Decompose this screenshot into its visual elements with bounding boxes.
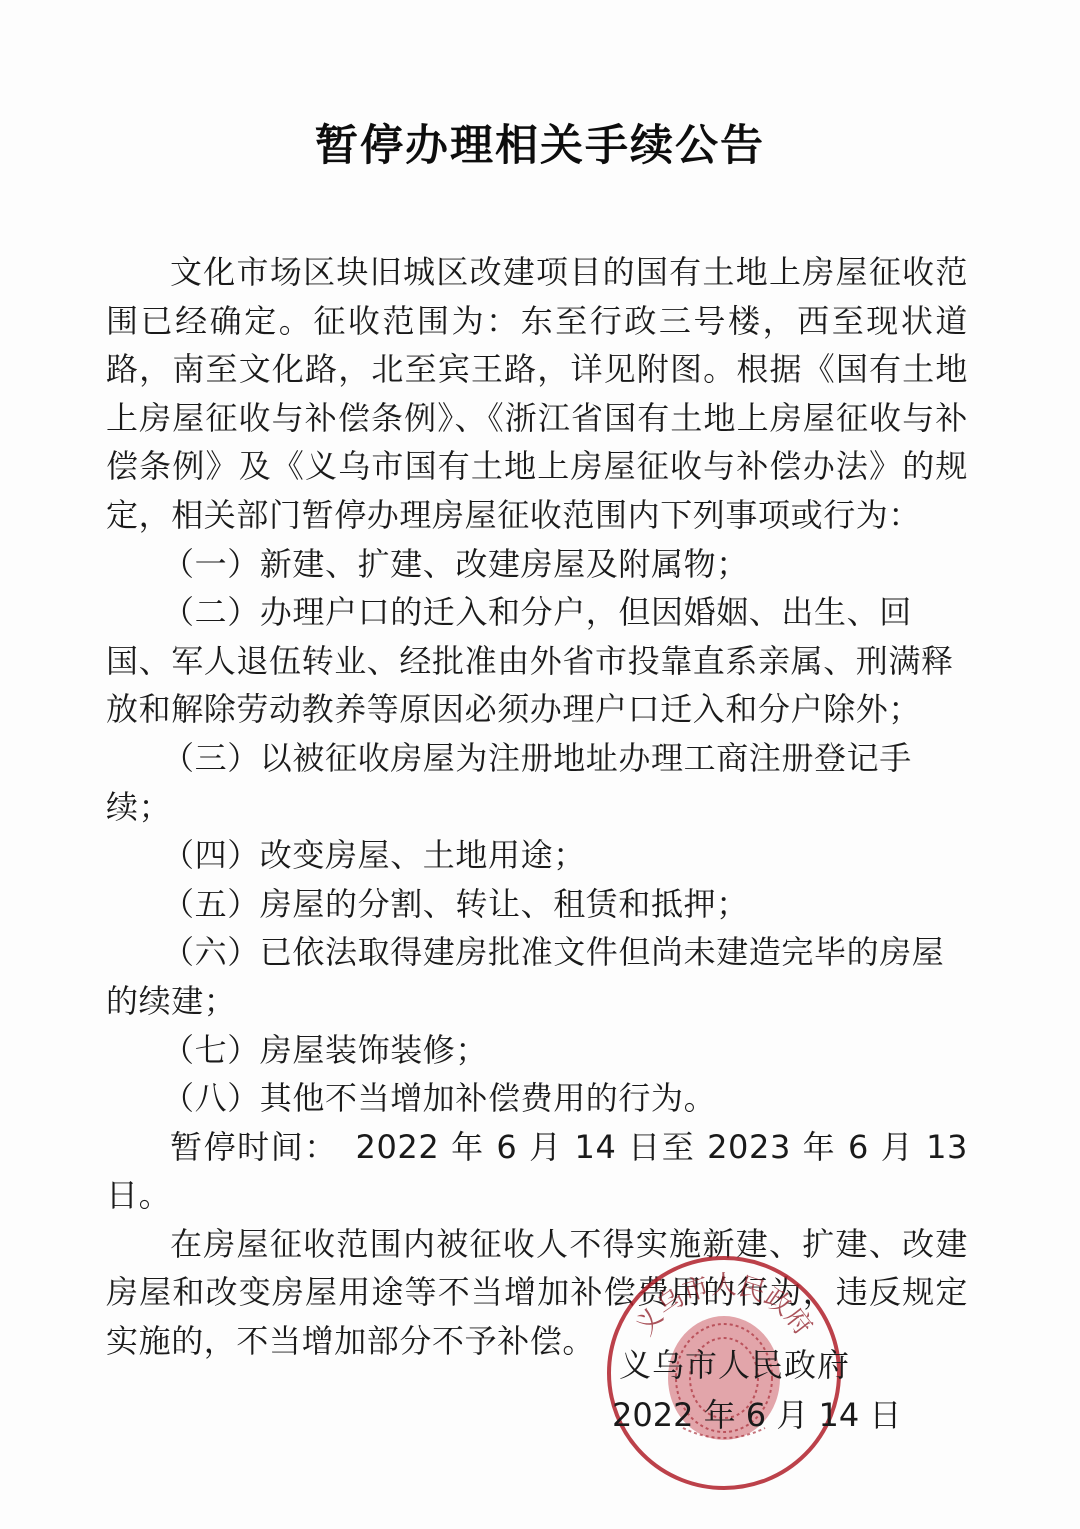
list-item: （二）办理户口的迁入和分户，但因婚姻、出生、回国、军人退伍转业、经批准由外省市投… bbox=[106, 588, 968, 734]
signature-date: 2022 年 6 月 14 日 bbox=[612, 1390, 901, 1436]
list-item: （五）房屋的分割、转让、租赁和抵押； bbox=[106, 880, 968, 929]
signature-organization: 义乌市人民政府 bbox=[619, 1340, 850, 1386]
list-item: （八）其他不当增加补偿费用的行为。 bbox=[106, 1074, 968, 1123]
list-item: （一）新建、扩建、改建房屋及附属物； bbox=[106, 540, 968, 589]
document-title: 暂停办理相关手续公告 bbox=[0, 112, 1080, 173]
suspension-period: 暂停时间： 2022 年 6 月 14 日至 2023 年 6 月 13 日。 bbox=[106, 1123, 968, 1220]
list-item: （七）房屋装饰装修； bbox=[106, 1026, 968, 1075]
intro-paragraph: 文化市场区块旧城区改建项目的国有土地上房屋征收范围已经确定。征收范围为：东至行政… bbox=[106, 248, 968, 540]
list-item: （三）以被征收房屋为注册地址办理工商注册登记手续； bbox=[106, 734, 968, 831]
list-item: （四）改变房屋、土地用途； bbox=[106, 831, 968, 880]
document-page: 暂停办理相关手续公告 文化市场区块旧城区改建项目的国有土地上房屋征收范围已经确定… bbox=[0, 0, 1080, 1529]
suspended-items-list: （一）新建、扩建、改建房屋及附属物； （二）办理户口的迁入和分户，但因婚姻、出生… bbox=[106, 540, 968, 1123]
list-item: （六）已依法取得建房批准文件但尚未建造完毕的房屋的续建； bbox=[106, 928, 968, 1025]
document-body: 文化市场区块旧城区改建项目的国有土地上房屋征收范围已经确定。征收范围为：东至行政… bbox=[106, 248, 968, 1366]
